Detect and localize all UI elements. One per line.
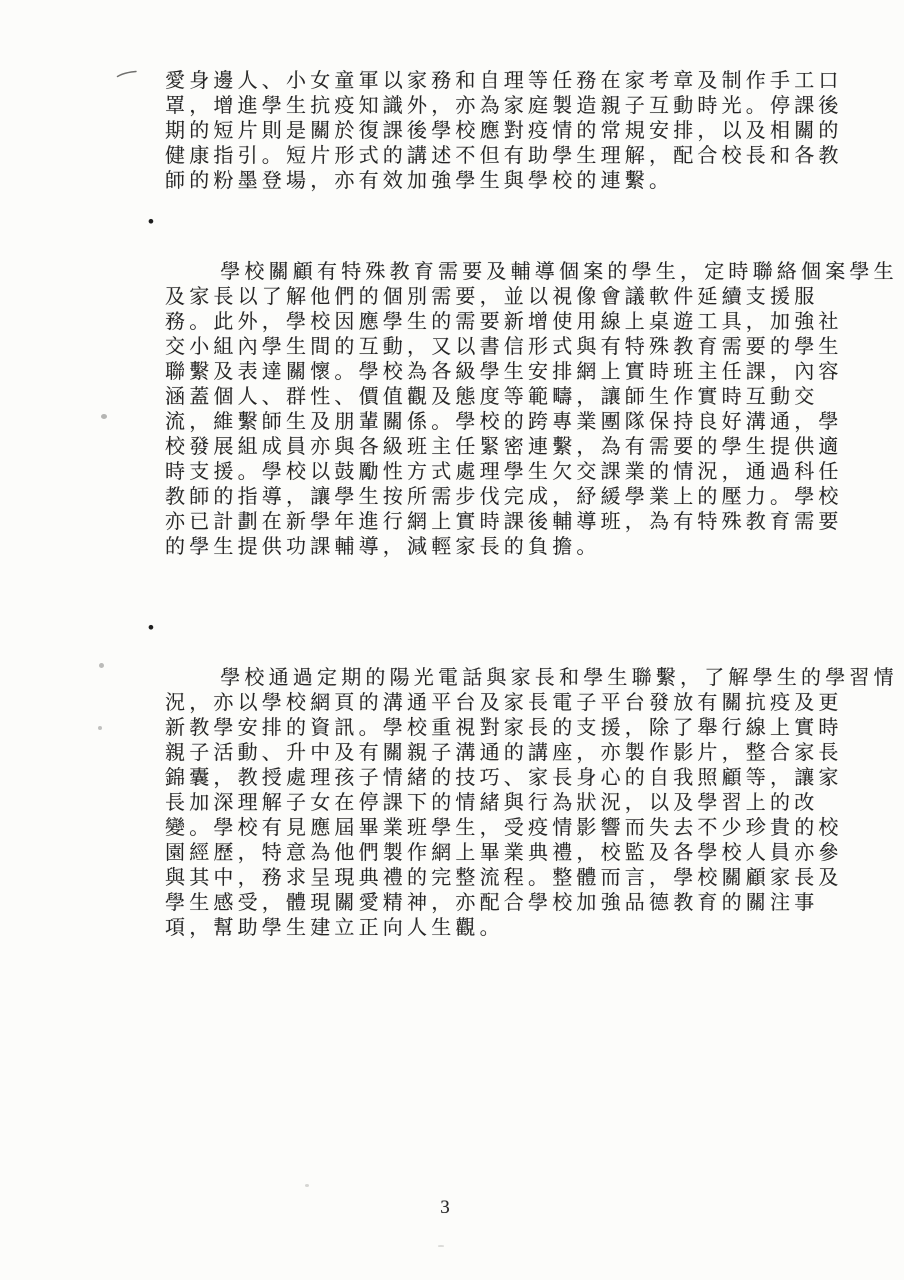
- paragraph-continuation: 愛身邊人、小女童軍以家務和自理等任務在家考章及制作手工口 罩，增進學生抗疫知識外…: [165, 69, 855, 194]
- bullet-paragraph-parent-support-text: 學校通過定期的陽光電話與家長和學生聯繫，了解學生的學習情 況，亦以學校網頁的溝通…: [165, 667, 898, 939]
- bullet-paragraph-sen-support-text: 學校關顧有特殊教育需要及輔導個案的學生，定時聯絡個案學生 及家長以了解他們的個別…: [165, 261, 898, 558]
- scan-speck: [101, 414, 107, 419]
- page-body: 愛身邊人、小女童軍以家務和自理等任務在家考章及制作手工口 罩，增進學生抗疫知識外…: [165, 69, 855, 966]
- scanned-document-page: 愛身邊人、小女童軍以家務和自理等任務在家考章及制作手工口 罩，增進學生抗疫知識外…: [0, 0, 904, 1280]
- scan-speck: [305, 1184, 309, 1187]
- bullet-paragraph-parent-support: • 學校通過定期的陽光電話與家長和學生聯繫，了解學生的學習情 況，亦以學校網頁的…: [165, 616, 855, 966]
- bullet-icon: •: [141, 210, 161, 235]
- bullet-paragraph-sen-support: • 學校關顧有特殊教育需要及輔導個案的學生，定時聯絡個案學生 及家長以了解他們的…: [165, 210, 855, 585]
- pen-mark-icon: [116, 66, 138, 76]
- bullet-icon: •: [141, 616, 161, 641]
- scan-speck: [99, 663, 104, 668]
- scan-speck: [98, 726, 102, 730]
- scan-speck: [438, 1245, 444, 1247]
- page-number: 3: [435, 1197, 455, 1219]
